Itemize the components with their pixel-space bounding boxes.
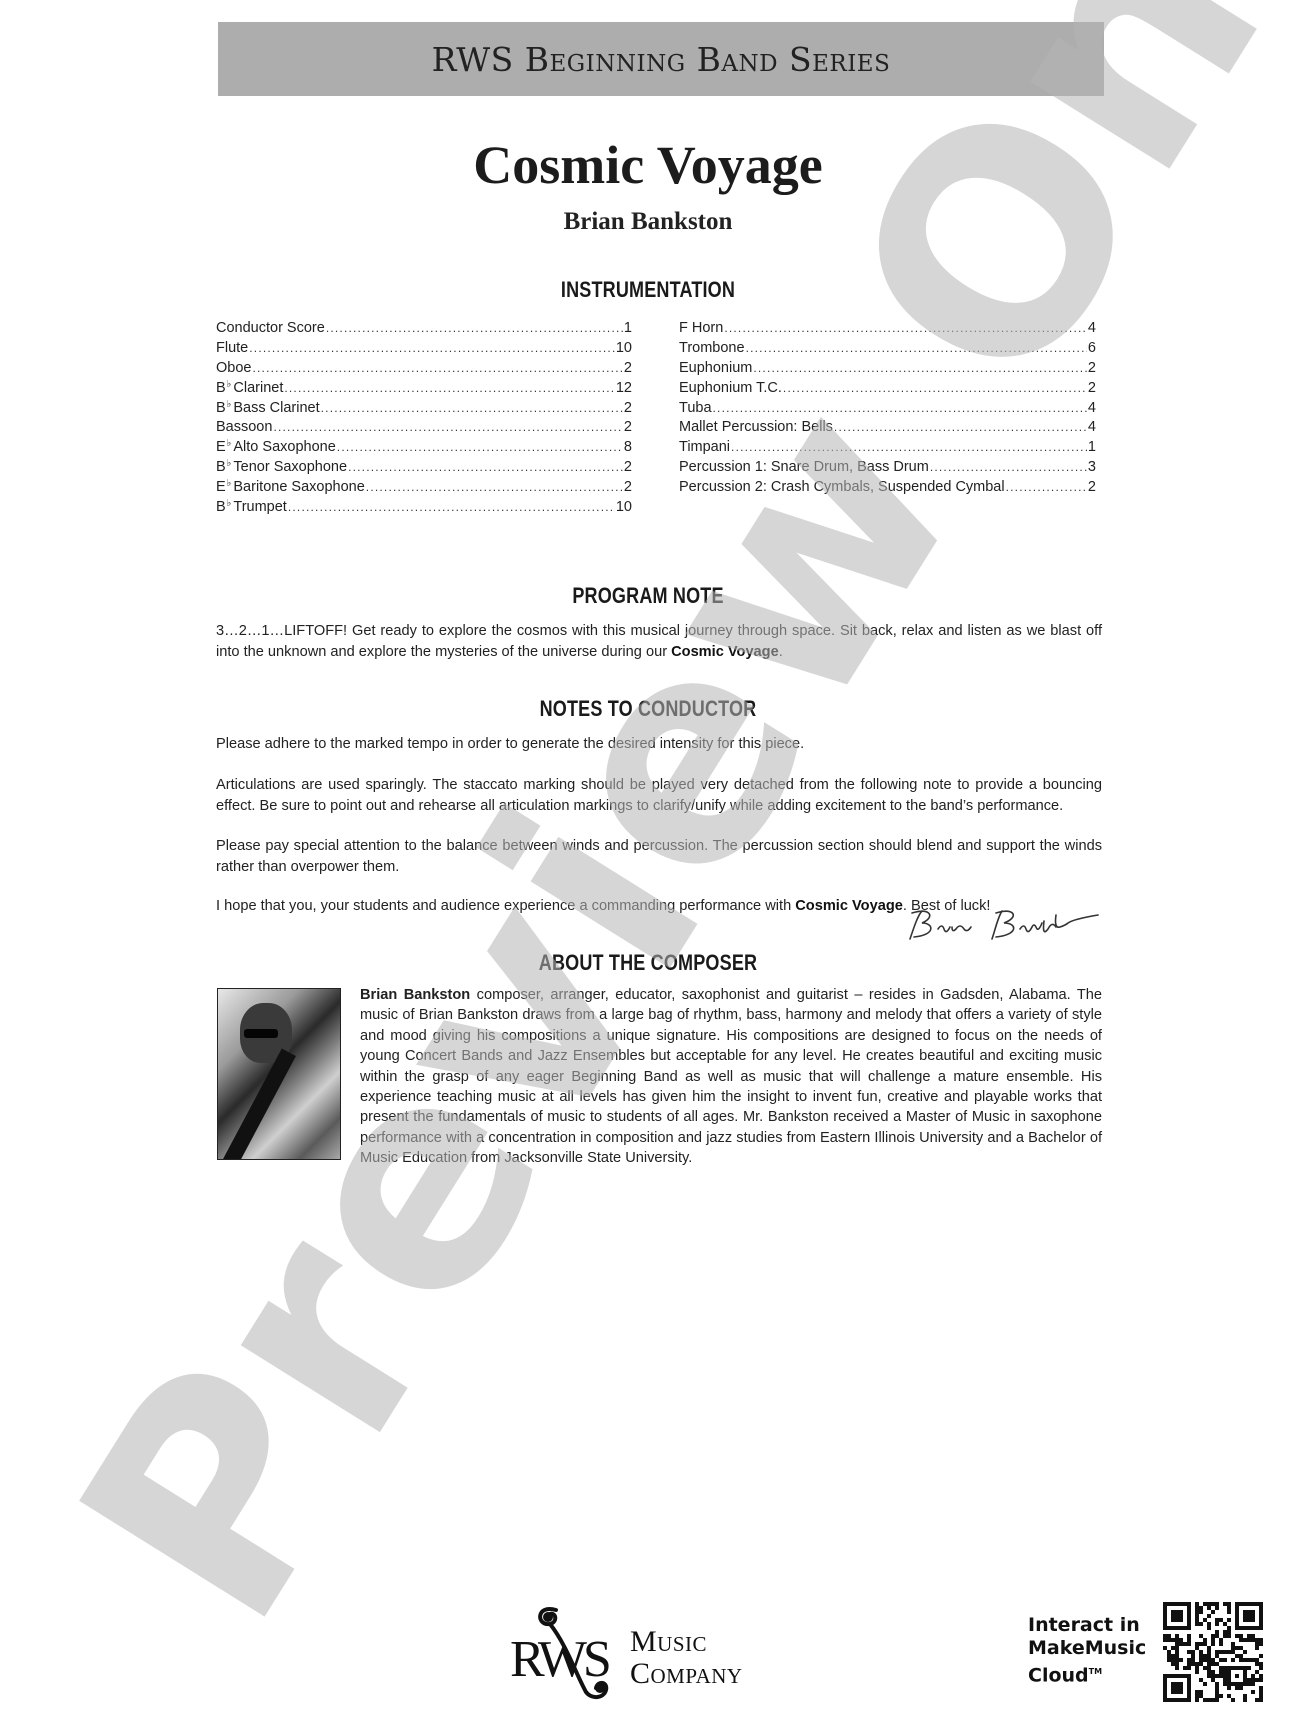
dot-leader xyxy=(249,341,615,355)
instrument-count: 2 xyxy=(624,400,632,416)
dot-leader xyxy=(746,341,1087,355)
instrument-row: Bassoon2 xyxy=(216,419,632,439)
instrument-name: B♭Tenor Saxophone xyxy=(216,459,347,475)
instrument-row: B♭Tenor Saxophone2 xyxy=(216,459,632,479)
instrument-count: 6 xyxy=(1088,340,1096,356)
instrument-name: Mallet Percussion: Bells xyxy=(679,419,833,435)
makemusic-cloud-callout: Interact in MakeMusic CloudTM xyxy=(1028,1614,1158,1687)
instrument-row: Mallet Percussion: Bells4 xyxy=(679,419,1096,439)
composer-signature xyxy=(900,905,1100,945)
instrument-name: Percussion 2: Crash Cymbals, Suspended C… xyxy=(679,479,1005,495)
instrument-count: 4 xyxy=(1088,400,1096,416)
instrument-count: 10 xyxy=(616,499,632,515)
composer-bio: Brian Bankston composer, arranger, educa… xyxy=(360,985,1102,1169)
instrument-row: E♭Baritone Saxophone2 xyxy=(216,479,632,499)
conductor-note-2: Articulations are used sparingly. The st… xyxy=(216,775,1102,816)
bio-name-bold: Brian Bankston xyxy=(360,987,470,1003)
interact-line-2: MakeMusic xyxy=(1028,1637,1158,1660)
flat-sign-icon: ♭ xyxy=(227,499,232,509)
dot-leader xyxy=(366,480,623,494)
instrument-count: 1 xyxy=(624,320,632,336)
instrument-count: 2 xyxy=(624,459,632,475)
instrument-name: Oboe xyxy=(216,360,251,376)
instrument-count: 3 xyxy=(1088,459,1096,475)
dot-leader xyxy=(930,460,1087,474)
program-note-end: . xyxy=(779,644,783,660)
instrument-row: B♭Trumpet10 xyxy=(216,499,632,519)
dot-leader xyxy=(326,321,623,335)
dot-leader xyxy=(724,321,1087,335)
instrument-name: Percussion 1: Snare Drum, Bass Drum xyxy=(679,459,929,475)
dot-leader xyxy=(731,440,1087,454)
instrument-name: E♭Baritone Saxophone xyxy=(216,479,365,495)
conductor-note-4-bold: Cosmic Voyage xyxy=(795,898,903,914)
instrument-name: Euphonium T.C. xyxy=(679,380,782,396)
instrument-name: B♭Trumpet xyxy=(216,499,287,515)
series-title: RWS Beginning Band Series xyxy=(432,40,891,79)
about-composer-heading: ABOUT THE COMPOSER xyxy=(117,950,1180,976)
flat-sign-icon: ♭ xyxy=(227,459,232,469)
bio-text: composer, arranger, educator, saxophonis… xyxy=(360,987,1102,1166)
series-banner: RWS Beginning Band Series xyxy=(218,22,1104,96)
rws-logo-mark-icon: RWS xyxy=(506,1604,624,1702)
instrument-row: Flute10 xyxy=(216,340,632,360)
instrument-name: B♭Clarinet xyxy=(216,380,283,396)
program-note-title-bold: Cosmic Voyage xyxy=(671,644,779,660)
instrument-row: B♭Bass Clarinet2 xyxy=(216,400,632,420)
instrument-count: 12 xyxy=(616,380,632,396)
instrument-count: 4 xyxy=(1088,320,1096,336)
instrument-count: 2 xyxy=(624,360,632,376)
notes-to-conductor-heading: NOTES TO CONDUCTOR xyxy=(117,696,1180,722)
flat-sign-icon: ♭ xyxy=(227,380,232,390)
instrument-count: 2 xyxy=(1088,380,1096,396)
instrument-row: Percussion 1: Snare Drum, Bass Drum3 xyxy=(679,459,1096,479)
instrument-name: Timpani xyxy=(679,439,730,455)
conductor-note-4-body: I hope that you, your students and audie… xyxy=(216,898,795,914)
instrument-count: 4 xyxy=(1088,419,1096,435)
instrument-row: F Horn4 xyxy=(679,320,1096,340)
instrument-count: 2 xyxy=(624,479,632,495)
dot-leader xyxy=(834,420,1087,434)
logo-word-company: Company xyxy=(630,1658,743,1690)
instrument-row: Conductor Score1 xyxy=(216,320,632,340)
instrument-name: B♭Bass Clarinet xyxy=(216,400,320,416)
instrument-row: B♭Clarinet12 xyxy=(216,380,632,400)
instrument-count: 10 xyxy=(616,340,632,356)
composer-name: Brian Bankston xyxy=(0,208,1296,236)
rws-music-company-logo: RWS Music Company xyxy=(506,1604,796,1702)
instrument-row: Tuba4 xyxy=(679,400,1096,420)
dot-leader xyxy=(252,361,622,375)
dot-leader xyxy=(284,381,615,395)
composer-photo xyxy=(217,988,341,1160)
instrument-row: Euphonium2 xyxy=(679,360,1096,380)
instrument-count: 2 xyxy=(624,419,632,435)
dot-leader xyxy=(273,420,622,434)
program-note-body: 3…2…1…LIFTOFF! Get ready to explore the … xyxy=(216,623,1102,660)
instrument-row: Trombone6 xyxy=(679,340,1096,360)
instrument-count: 2 xyxy=(1088,360,1096,376)
instrument-name: Tuba xyxy=(679,400,712,416)
flat-sign-icon: ♭ xyxy=(227,439,232,449)
instrument-row: Oboe2 xyxy=(216,360,632,380)
instrument-name: Trombone xyxy=(679,340,745,356)
program-note-text: 3…2…1…LIFTOFF! Get ready to explore the … xyxy=(216,621,1102,662)
instrument-name: Euphonium xyxy=(679,360,752,376)
flat-sign-icon: ♭ xyxy=(227,400,232,410)
instrument-count: 1 xyxy=(1088,439,1096,455)
instrument-list-left: Conductor Score1Flute10Oboe2B♭Clarinet12… xyxy=(216,320,632,519)
interact-line-1: Interact in xyxy=(1028,1614,1158,1637)
instrument-name: Bassoon xyxy=(216,419,272,435)
logo-mark-text: RWS xyxy=(510,1630,608,1689)
instrument-name: Conductor Score xyxy=(216,320,325,336)
dot-leader xyxy=(713,401,1087,415)
dot-leader xyxy=(753,361,1087,375)
piece-title: Cosmic Voyage xyxy=(0,134,1296,196)
dot-leader xyxy=(348,460,623,474)
logo-word-music: Music xyxy=(630,1626,743,1658)
instrument-name: Flute xyxy=(216,340,248,356)
instrument-count: 2 xyxy=(1088,479,1096,495)
dot-leader xyxy=(288,500,615,514)
instrument-row: Timpani1 xyxy=(679,439,1096,459)
instrument-row: Percussion 2: Crash Cymbals, Suspended C… xyxy=(679,479,1096,499)
logo-wordmark: Music Company xyxy=(630,1626,743,1690)
dot-leader xyxy=(321,401,623,415)
dot-leader xyxy=(783,381,1087,395)
instrument-count: 8 xyxy=(624,439,632,455)
dot-leader xyxy=(1006,480,1087,494)
interact-line-3: Cloud xyxy=(1028,1664,1089,1686)
instrument-row: E♭Alto Saxophone8 xyxy=(216,439,632,459)
conductor-note-3: Please pay special attention to the bala… xyxy=(216,836,1102,877)
instrument-list-right: F Horn4Trombone6Euphonium2Euphonium T.C.… xyxy=(679,320,1096,499)
conductor-note-1: Please adhere to the marked tempo in ord… xyxy=(216,734,1102,755)
dot-leader xyxy=(337,440,623,454)
instrument-row: Euphonium T.C.2 xyxy=(679,380,1096,400)
instrumentation-heading: INSTRUMENTATION xyxy=(117,277,1180,303)
instrument-name: F Horn xyxy=(679,320,723,336)
flat-sign-icon: ♭ xyxy=(227,479,232,489)
trademark-symbol: TM xyxy=(1089,1667,1102,1676)
instrument-name: E♭Alto Saxophone xyxy=(216,439,336,455)
qr-code-icon[interactable] xyxy=(1163,1602,1263,1702)
program-note-heading: PROGRAM NOTE xyxy=(117,583,1180,609)
